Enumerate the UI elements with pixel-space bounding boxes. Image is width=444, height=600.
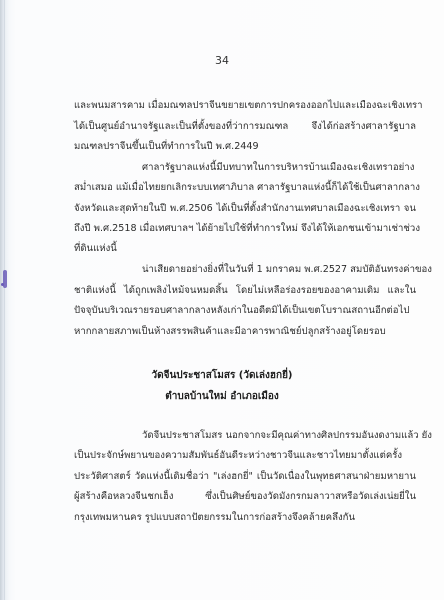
section-title: วัดจีนประชาสโมสร (วัดเล่งฮกยี่) xyxy=(0,368,444,383)
paragraph-3-line-1: น่าเสียดายอย่างยิ่งที่ในวันที่ 1 มกราคม … xyxy=(142,264,416,276)
binding-edge xyxy=(4,0,5,600)
paragraph-1-line-1: และพนมสารคาม เมื่อมณฑลปราจีนขยายเขตการปก… xyxy=(74,100,416,112)
paragraph-2-line-2: สม่ำเสมอ แม้เมื่อไทยยกเลิกระบบเทศาภิบาล … xyxy=(74,182,416,194)
paragraph-1-line-2: ได้เป็นศูนย์อำนาจรัฐและเป็นที่ตั้งของที่… xyxy=(74,121,416,133)
ink-dot xyxy=(1,283,4,286)
paragraph-3-line-4: หากกลายสภาพเป็นห้างสรรพสินค้าและมีอาคารพ… xyxy=(74,326,386,338)
paragraph-3-line-2: ชาติแห่งนี้ ได้ถูกเพลิงไหม้จนหมดสิ้น โดย… xyxy=(74,285,416,297)
section-paragraph-line-2: เป็นประจักษ์พยานของความสัมพันธ์อันดีระหว… xyxy=(74,450,416,462)
section-paragraph-line-1: วัดจีนประชาสโมสร นอกจากจะมีคุณค่าทางศิลป… xyxy=(142,430,416,442)
section-paragraph-line-5: กรุงเทพมหานคร รูปแบบสถาปัตยกรรมในการก่อส… xyxy=(74,512,355,524)
section-paragraph-line-3: ประวัติศาสตร์ วัดแห่งนี้เดิมชื่อว่า "เล่… xyxy=(74,471,416,483)
paragraph-3-line-3: ปัจจุบันบริเวณรายรอบศาลากลางหลังเก่าในอด… xyxy=(74,305,416,317)
paragraph-2-line-4: ถึงปี พ.ศ.2518 เมื่อเทศบาลฯ ได้ย้ายไปใช้… xyxy=(74,223,416,235)
paragraph-1-line-3: มณฑลปราจีนขึ้นเป็นที่ทำการในปี พ.ศ.2449 xyxy=(74,141,259,153)
paragraph-2-line-3: จังหวัดและสุดท้ายในปี พ.ศ.2506 ได้เป็นที… xyxy=(74,203,416,215)
scanned-page: 34 และพนมสารคาม เมื่อมณฑลปราจีนขยายเขตกา… xyxy=(0,0,444,600)
paragraph-2-line-1: ศาลารัฐบาลแห่งนี้มีบทบาทในการบริหารบ้านเ… xyxy=(142,162,416,174)
section-paragraph-line-4: ผู้สร้างคือหลวงจีนชกเฮ็ง ซึ่งเป็นศิษย์ขอ… xyxy=(74,491,416,503)
page-number: 34 xyxy=(0,54,444,67)
section-subtitle: ตำบลบ้านใหม่ อำเภอเมือง xyxy=(0,389,444,404)
paragraph-2-line-5: ที่ดินแห่งนี้ xyxy=(74,243,117,255)
